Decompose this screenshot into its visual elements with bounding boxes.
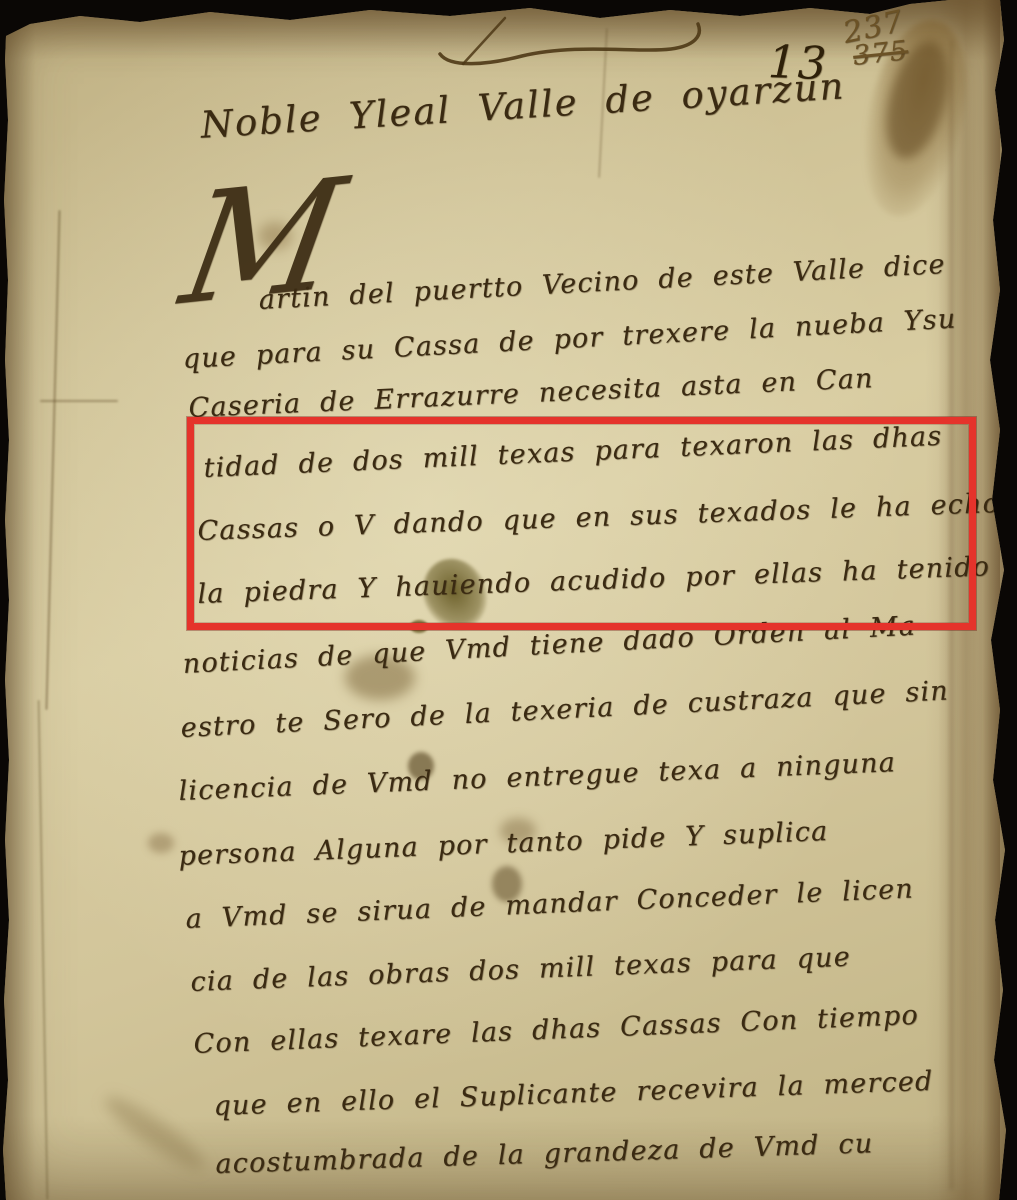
paper-sheet: 237 375 13 Noble Yleal Valle de oyarzun …: [0, 0, 1017, 1200]
page-title: Noble Yleal Valle de oyarzun: [199, 64, 846, 146]
manuscript-line: estro te Sero de la texeria de custraza …: [180, 675, 950, 744]
manuscript-line: artin del puertto Vecino de este Valle d…: [258, 249, 946, 316]
manuscript-line: licencia de Vmd no entregue texa a ningu…: [178, 747, 897, 807]
highlight-box: [187, 417, 976, 630]
folio-number-crossed: 375: [852, 35, 910, 72]
stain: [98, 1088, 211, 1178]
crease-line: [45, 210, 60, 710]
crease-line: [40, 400, 118, 402]
manuscript-line: acostumbrada de la grandeza de Vmd cu: [215, 1128, 874, 1180]
stain: [148, 833, 174, 853]
manuscript-line: que en ello el Suplicante recevira la me…: [213, 1066, 934, 1122]
manuscript-line: cia de las obras dos mill texas para que: [190, 942, 851, 998]
manuscript-line: Caseria de Errazurre necesita asta en Ca…: [188, 363, 874, 424]
crease-line: [38, 700, 49, 1200]
manuscript-line: Con ellas texare las dhas Cassas Con tie…: [193, 1000, 919, 1060]
rubric-flourish: [425, 8, 725, 76]
manuscript-line: a Vmd se sirua de mandar Conceder le lic…: [185, 873, 915, 934]
manuscript-scan: 237 375 13 Noble Yleal Valle de oyarzun …: [0, 0, 1017, 1200]
